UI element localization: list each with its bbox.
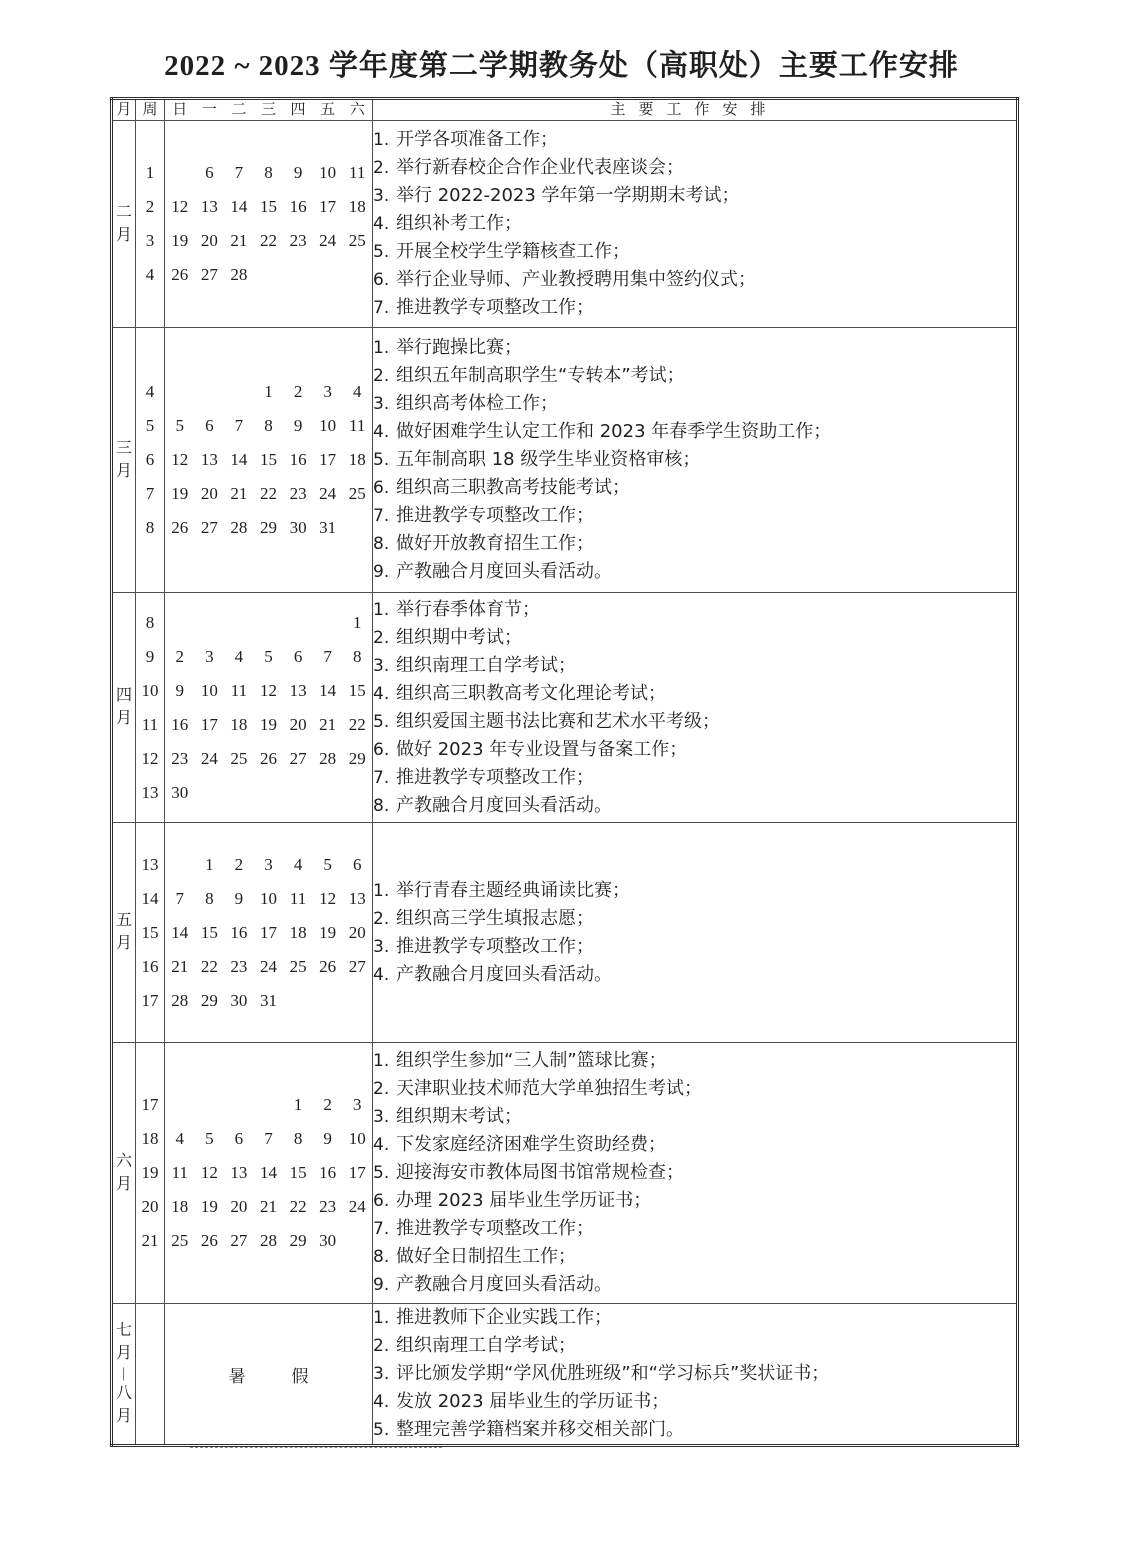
weekday-fri: 五 [313, 103, 343, 118]
week-numbers-cell: 1314151617 [136, 823, 165, 1043]
task-item: 做好困难学生认定工作和 2023 年春季学生资助工作； [373, 418, 1016, 446]
month-label-char: 月 [116, 1409, 132, 1425]
calendar-day: 8 [254, 416, 284, 436]
calendar-day: 4 [224, 647, 254, 667]
calendar-day: 31 [254, 991, 284, 1011]
task-item: 整理完善学籍档案并移交相关部门。 [373, 1416, 1016, 1444]
vertical-dash: — [119, 1368, 129, 1381]
tasks-cell: 开学各项准备工作；举行新春校企合作企业代表座谈会；举行 2022-2023 学年… [373, 121, 1018, 328]
calendar-day: 12 [165, 197, 195, 217]
calendar-day: 10 [254, 889, 284, 909]
calendar-day: 26 [195, 1231, 225, 1251]
scan-artifact-dashed-line [190, 1447, 442, 1448]
calendar-day: 9 [283, 163, 313, 183]
calendar-day: 11 [165, 1163, 195, 1183]
task-item: 组织补考工作； [373, 210, 1016, 238]
week-number: 8 [136, 606, 164, 640]
week-number: 13 [136, 848, 164, 882]
week-number: 12 [136, 742, 164, 776]
calendar-day: 21 [224, 231, 254, 251]
calendar-day: 14 [254, 1163, 284, 1183]
task-item: 组织五年制高职学生“专转本”考试； [373, 362, 1016, 390]
calendar-day: 30 [283, 518, 313, 538]
calendar-day: 1 [195, 855, 225, 875]
month-cell: 三月 [112, 328, 136, 593]
calendar-day: 29 [342, 749, 372, 769]
calendar-week-row: 123 [165, 1088, 372, 1122]
calendar-day: 24 [254, 957, 284, 977]
calendar-day: 16 [283, 450, 313, 470]
week-number: 11 [136, 708, 164, 742]
calendar-week-row: 45678910 [165, 1122, 372, 1156]
calendar-day: 15 [342, 681, 372, 701]
calendar-day: 27 [342, 957, 372, 977]
calendar-day: 6 [224, 1129, 254, 1149]
calendar-day: 7 [224, 163, 254, 183]
calendar-day: 11 [283, 889, 313, 909]
calendar-day: 10 [342, 1129, 372, 1149]
calendar-week-row: 567891011 [165, 409, 372, 443]
task-list: 开学各项准备工作；举行新春校企合作企业代表座谈会；举行 2022-2023 学年… [373, 126, 1016, 322]
task-item: 组织南理工自学考试； [373, 1332, 1016, 1360]
calendar-day: 7 [165, 889, 195, 909]
calendar-week-row: 67891011 [165, 156, 372, 190]
task-item: 组织学生参加“三人制”篮球比赛； [373, 1047, 1016, 1075]
calendar-day: 21 [224, 484, 254, 504]
calendar-day: 13 [195, 450, 225, 470]
calendar-day: 23 [224, 957, 254, 977]
calendar-day: 18 [165, 1197, 195, 1217]
task-item: 开学各项准备工作； [373, 126, 1016, 154]
header-main-tasks: 主要工作安排 [373, 99, 1018, 121]
month-label-char: 八 [116, 1386, 132, 1402]
calendar-day: 10 [195, 681, 225, 701]
month-label-char: 三 [116, 441, 132, 457]
calendar-week-row: 19202122232425 [165, 224, 372, 258]
calendar-day: 19 [165, 231, 195, 251]
month-row-1: 二月12346789101112131415161718192021222324… [112, 121, 1018, 328]
calendar-day: 2 [313, 1095, 343, 1115]
week-number: 9 [136, 640, 164, 674]
vacation-char: 假 [292, 1362, 309, 1387]
calendar-day: 26 [165, 265, 195, 285]
calendar-day: 29 [283, 1231, 313, 1251]
calendar-day: 9 [313, 1129, 343, 1149]
calendar-day: 19 [254, 715, 284, 735]
month-label-char: 六 [116, 1154, 132, 1170]
calendar-day: 22 [195, 957, 225, 977]
calendar-day: 15 [254, 450, 284, 470]
week-number: 4 [136, 375, 164, 409]
calendar-day: 1 [342, 613, 372, 633]
calendar-cell: 6789101112131415161718192021222324252627… [165, 121, 373, 328]
calendar-week-row: 1234 [165, 375, 372, 409]
task-list: 举行春季体育节；组织期中考试；组织南理工自学考试；组织高三职教高考文化理论考试；… [373, 596, 1016, 820]
calendar-day: 12 [195, 1163, 225, 1183]
weekday-wed: 三 [254, 103, 284, 118]
week-number: 3 [136, 224, 164, 258]
week-number: 2 [136, 190, 164, 224]
month-row-3: 四月89101112131234567891011121314151617181… [112, 593, 1018, 823]
calendar-week-row: 14151617181920 [165, 916, 372, 950]
calendar-week-row: 123456 [165, 848, 372, 882]
calendar-day: 22 [283, 1197, 313, 1217]
calendar-day: 22 [254, 231, 284, 251]
task-item: 组织高三职教高考技能考试； [373, 474, 1016, 502]
calendar-day: 23 [283, 484, 313, 504]
calendar-day: 25 [283, 957, 313, 977]
week-number: 21 [136, 1224, 164, 1258]
month-label: 六月 [113, 1154, 135, 1193]
calendar-day: 13 [342, 889, 372, 909]
calendar-day: 4 [165, 1129, 195, 1149]
task-item: 评比颁发学期“学风优胜班级”和“学习标兵”奖状证书； [373, 1360, 1016, 1388]
weekday-sun: 日 [165, 103, 195, 118]
calendar-week-row: 19202122232425 [165, 477, 372, 511]
week-number: 15 [136, 916, 164, 950]
task-list: 组织学生参加“三人制”篮球比赛；天津职业技术师范大学单独招生考试；组织期末考试；… [373, 1047, 1016, 1299]
calendar-day: 2 [283, 382, 313, 402]
task-item: 组织期末考试； [373, 1103, 1016, 1131]
calendar-week-row: 23242526272829 [165, 742, 372, 776]
month-label: 五月 [113, 913, 135, 952]
calendar-day: 8 [195, 889, 225, 909]
calendar-day: 29 [254, 518, 284, 538]
calendar-day: 30 [224, 991, 254, 1011]
calendar-cell: 1234567891011121314151617181920212223242… [165, 593, 373, 823]
task-item: 举行春季体育节； [373, 596, 1016, 624]
tasks-cell: 举行跑操比赛；组织五年制高职学生“专转本”考试；组织高考体检工作；做好困难学生认… [373, 328, 1018, 593]
task-item: 办理 2023 届毕业生学历证书； [373, 1187, 1016, 1215]
week-number: 4 [136, 258, 164, 292]
calendar-day: 25 [342, 231, 372, 251]
calendar-day: 26 [165, 518, 195, 538]
calendar-day: 3 [195, 647, 225, 667]
month-label: 三月 [113, 441, 135, 480]
calendar-day: 3 [342, 1095, 372, 1115]
calendar-day: 8 [254, 163, 284, 183]
month-cell: 五月 [112, 823, 136, 1043]
calendar-day: 28 [224, 518, 254, 538]
calendar-week-row: 9101112131415 [165, 674, 372, 708]
calendar-day: 30 [165, 783, 195, 803]
task-item: 天津职业技术师范大学单独招生考试； [373, 1075, 1016, 1103]
summer-vacation-label: 暑假 [165, 1362, 372, 1387]
month-row-4: 五月13141516171234567891011121314151617181… [112, 823, 1018, 1043]
weekday-tue: 二 [224, 103, 254, 118]
weekday-thu: 四 [283, 103, 313, 118]
calendar-day: 24 [313, 231, 343, 251]
week-number: 10 [136, 674, 164, 708]
calendar-week-row: 1 [165, 606, 372, 640]
calendar-day: 20 [195, 484, 225, 504]
week-number-column: 45678 [136, 375, 164, 545]
calendar-cell: 1234567891011121314151617181920212223242… [165, 823, 373, 1043]
week-number: 18 [136, 1122, 164, 1156]
calendar-day: 18 [342, 450, 372, 470]
task-item: 组织期中考试； [373, 624, 1016, 652]
calendar-day: 7 [313, 647, 343, 667]
calendar-day: 22 [342, 715, 372, 735]
week-number: 5 [136, 409, 164, 443]
week-number: 20 [136, 1190, 164, 1224]
calendar-day: 31 [313, 518, 343, 538]
calendar-day: 11 [224, 681, 254, 701]
calendar-week-row: 262728293031 [165, 511, 372, 545]
calendar-day: 24 [313, 484, 343, 504]
task-item: 开展全校学生学籍核查工作； [373, 238, 1016, 266]
task-item: 下发家庭经济困难学生资助经费； [373, 1131, 1016, 1159]
calendar-day: 10 [313, 416, 343, 436]
week-number: 17 [136, 984, 164, 1018]
task-item: 推进教学专项整改工作； [373, 502, 1016, 530]
calendar-day: 16 [313, 1163, 343, 1183]
week-number: 19 [136, 1156, 164, 1190]
task-item: 组织高三职教高考文化理论考试； [373, 680, 1016, 708]
calendar-grid: 6789101112131415161718192021222324252627… [165, 156, 372, 292]
calendar-day: 17 [313, 197, 343, 217]
calendar-day: 3 [254, 855, 284, 875]
calendar-day: 23 [313, 1197, 343, 1217]
calendar-day: 14 [165, 923, 195, 943]
week-numbers-cell: 45678 [136, 328, 165, 593]
header-weekdays: 日 一 二 三 四 五 六 [165, 99, 373, 121]
calendar-day: 26 [313, 957, 343, 977]
task-item: 推进教学专项整改工作； [373, 764, 1016, 792]
month-cell: 四月 [112, 593, 136, 823]
calendar-day: 14 [313, 681, 343, 701]
calendar-week-row: 252627282930 [165, 1224, 372, 1258]
month-cell: 二月 [112, 121, 136, 328]
weekday-mon: 一 [195, 103, 225, 118]
task-item: 组织南理工自学考试； [373, 652, 1016, 680]
calendar-day: 7 [254, 1129, 284, 1149]
calendar-day: 28 [254, 1231, 284, 1251]
calendar-day: 12 [165, 450, 195, 470]
calendar-day: 15 [254, 197, 284, 217]
calendar-day: 19 [165, 484, 195, 504]
week-number-column: 1314151617 [136, 848, 164, 1018]
calendar-day: 18 [224, 715, 254, 735]
calendar-grid: 1234567891011121314151617181920212223242… [165, 375, 372, 545]
task-item: 产教融合月度回头看活动。 [373, 792, 1016, 820]
task-list: 推进教师下企业实践工作；组织南理工自学考试；评比颁发学期“学风优胜班级”和“学习… [373, 1304, 1016, 1444]
task-item: 推进教师下企业实践工作； [373, 1304, 1016, 1332]
calendar-day: 21 [313, 715, 343, 735]
calendar-week-row: 12131415161718 [165, 443, 372, 477]
calendar-day: 11 [342, 163, 372, 183]
month-label-char: 月 [116, 1177, 132, 1193]
calendar-day: 18 [342, 197, 372, 217]
task-item: 产教融合月度回头看活动。 [373, 1271, 1016, 1299]
calendar-day: 16 [165, 715, 195, 735]
calendar-day: 28 [313, 749, 343, 769]
calendar-grid: 1234567891011121314151617181920212223242… [165, 848, 372, 1018]
month-row-2: 三月45678123456789101112131415161718192021… [112, 328, 1018, 593]
calendar-day: 11 [342, 416, 372, 436]
calendar-grid: 1234567891011121314151617181920212223242… [165, 1088, 372, 1258]
calendar-day: 23 [165, 749, 195, 769]
task-item: 举行青春主题经典诵读比赛； [373, 877, 1016, 905]
task-item: 举行跑操比赛； [373, 334, 1016, 362]
task-item: 发放 2023 届毕业生的学历证书； [373, 1388, 1016, 1416]
month-label: 七月—八月 [113, 1323, 135, 1425]
calendar-day: 1 [254, 382, 284, 402]
calendar-day: 21 [165, 957, 195, 977]
calendar-day: 14 [224, 450, 254, 470]
week-number: 8 [136, 511, 164, 545]
calendar-day: 10 [313, 163, 343, 183]
calendar-day: 5 [165, 416, 195, 436]
header-month: 月 [112, 99, 136, 121]
calendar-day: 2 [224, 855, 254, 875]
task-item: 举行 2022-2023 学年第一学期期末考试； [373, 182, 1016, 210]
calendar-day: 8 [283, 1129, 313, 1149]
calendar-day: 3 [313, 382, 343, 402]
week-number: 7 [136, 477, 164, 511]
week-number-column: 1718192021 [136, 1088, 164, 1258]
calendar-cell: 1234567891011121314151617181920212223242… [165, 328, 373, 593]
weekday-sat: 六 [342, 103, 372, 118]
calendar-day: 1 [283, 1095, 313, 1115]
calendar-day: 8 [342, 647, 372, 667]
month-label: 四月 [113, 688, 135, 727]
week-numbers-cell: 1718192021 [136, 1043, 165, 1304]
week-number-column: 8910111213 [136, 606, 164, 810]
week-number: 16 [136, 950, 164, 984]
calendar-day: 17 [195, 715, 225, 735]
week-number-column: 1234 [136, 156, 164, 292]
calendar-day: 9 [165, 681, 195, 701]
calendar-day: 6 [195, 163, 225, 183]
task-item: 组织高考体检工作； [373, 390, 1016, 418]
task-item: 举行企业导师、产业教授聘用集中签约仪式； [373, 266, 1016, 294]
calendar-day: 9 [283, 416, 313, 436]
calendar-day: 5 [195, 1129, 225, 1149]
calendar-week-row: 30 [165, 776, 372, 810]
month-row-6: 七月—八月暑假推进教师下企业实践工作；组织南理工自学考试；评比颁发学期“学风优胜… [112, 1304, 1018, 1446]
tasks-cell: 举行春季体育节；组织期中考试；组织南理工自学考试；组织高三职教高考文化理论考试；… [373, 593, 1018, 823]
calendar-day: 20 [224, 1197, 254, 1217]
calendar-week-row: 78910111213 [165, 882, 372, 916]
calendar-day: 13 [224, 1163, 254, 1183]
calendar-day: 27 [195, 265, 225, 285]
calendar-week-row: 262728 [165, 258, 372, 292]
tasks-cell: 举行青春主题经典诵读比赛；组织高三学生填报志愿；推进教学专项整改工作；产教融合月… [373, 823, 1018, 1043]
month-label-char: 月 [116, 936, 132, 952]
month-label-char: 月 [116, 228, 132, 244]
month-row-5: 六月17181920211234567891011121314151617181… [112, 1043, 1018, 1304]
calendar-day: 19 [195, 1197, 225, 1217]
task-item: 做好全日制招生工作； [373, 1243, 1016, 1271]
calendar-day: 25 [165, 1231, 195, 1251]
week-numbers-cell: 1234 [136, 121, 165, 328]
calendar-day: 25 [342, 484, 372, 504]
calendar-day: 19 [313, 923, 343, 943]
calendar-day: 2 [165, 647, 195, 667]
schedule-table: 月 周 日 一 二 三 四 五 六 主要工作安排 二月1234678910111… [110, 97, 1019, 1447]
task-item: 做好 2023 年专业设置与备案工作； [373, 736, 1016, 764]
month-label-char: 月 [116, 464, 132, 480]
page-title: 2022 ~ 2023 学年度第二学期教务处（高职处）主要工作安排 [0, 43, 1123, 84]
calendar-day: 20 [342, 923, 372, 943]
month-label-char: 七 [116, 1323, 132, 1339]
task-item: 组织爱国主题书法比赛和艺术水平考级； [373, 708, 1016, 736]
month-label-char: 二 [116, 205, 132, 221]
calendar-day: 20 [195, 231, 225, 251]
calendar-day: 23 [283, 231, 313, 251]
calendar-day: 6 [283, 647, 313, 667]
calendar-day: 16 [224, 923, 254, 943]
calendar-day: 6 [195, 416, 225, 436]
calendar-week-row: 11121314151617 [165, 1156, 372, 1190]
calendar-day: 6 [342, 855, 372, 875]
month-label-char: 月 [116, 711, 132, 727]
calendar-day: 27 [283, 749, 313, 769]
month-label: 二月 [113, 205, 135, 244]
week-number: 6 [136, 443, 164, 477]
calendar-day: 26 [254, 749, 284, 769]
month-cell: 七月—八月 [112, 1304, 136, 1446]
calendar-day: 12 [254, 681, 284, 701]
calendar-grid: 1234567891011121314151617181920212223242… [165, 606, 372, 810]
task-item: 迎接海安市教体局图书馆常规检查； [373, 1159, 1016, 1187]
header-week: 周 [136, 99, 165, 121]
calendar-day: 12 [313, 889, 343, 909]
tasks-cell: 推进教师下企业实践工作；组织南理工自学考试；评比颁发学期“学风优胜班级”和“学习… [373, 1304, 1018, 1446]
calendar-day: 13 [283, 681, 313, 701]
week-number: 1 [136, 156, 164, 190]
calendar-day: 18 [283, 923, 313, 943]
calendar-day: 24 [195, 749, 225, 769]
calendar-week-row: 2345678 [165, 640, 372, 674]
month-label-char: 五 [116, 913, 132, 929]
calendar-week-row: 28293031 [165, 984, 372, 1018]
tasks-cell: 组织学生参加“三人制”篮球比赛；天津职业技术师范大学单独招生考试；组织期末考试；… [373, 1043, 1018, 1304]
calendar-day: 15 [283, 1163, 313, 1183]
week-number: 13 [136, 776, 164, 810]
calendar-day: 28 [224, 265, 254, 285]
task-item: 推进教学专项整改工作； [373, 294, 1016, 322]
table-header-row: 月 周 日 一 二 三 四 五 六 主要工作安排 [112, 99, 1018, 121]
calendar-week-row: 12131415161718 [165, 190, 372, 224]
calendar-day: 9 [224, 889, 254, 909]
schedule-table-container: 月 周 日 一 二 三 四 五 六 主要工作安排 二月1234678910111… [110, 97, 1019, 1447]
calendar-day: 27 [224, 1231, 254, 1251]
task-item: 产教融合月度回头看活动。 [373, 558, 1016, 586]
task-list: 举行青春主题经典诵读比赛；组织高三学生填报志愿；推进教学专项整改工作；产教融合月… [373, 877, 1016, 989]
calendar-day: 22 [254, 484, 284, 504]
calendar-week-row: 21222324252627 [165, 950, 372, 984]
week-numbers-cell [136, 1304, 165, 1446]
calendar-cell: 1234567891011121314151617181920212223242… [165, 1043, 373, 1304]
weekday-labels: 日 一 二 三 四 五 六 [165, 103, 372, 118]
task-item: 组织高三学生填报志愿； [373, 905, 1016, 933]
calendar-day: 17 [254, 923, 284, 943]
week-number: 17 [136, 1088, 164, 1122]
calendar-day: 17 [313, 450, 343, 470]
calendar-week-row: 16171819202122 [165, 708, 372, 742]
task-item: 举行新春校企合作企业代表座谈会； [373, 154, 1016, 182]
calendar-day: 24 [342, 1197, 372, 1217]
task-list: 举行跑操比赛；组织五年制高职学生“专转本”考试；组织高考体检工作；做好困难学生认… [373, 334, 1016, 586]
task-item: 推进教学专项整改工作； [373, 933, 1016, 961]
calendar-day: 15 [195, 923, 225, 943]
calendar-day: 20 [283, 715, 313, 735]
week-numbers-cell: 8910111213 [136, 593, 165, 823]
calendar-day: 5 [313, 855, 343, 875]
task-item: 做好开放教育招生工作； [373, 530, 1016, 558]
